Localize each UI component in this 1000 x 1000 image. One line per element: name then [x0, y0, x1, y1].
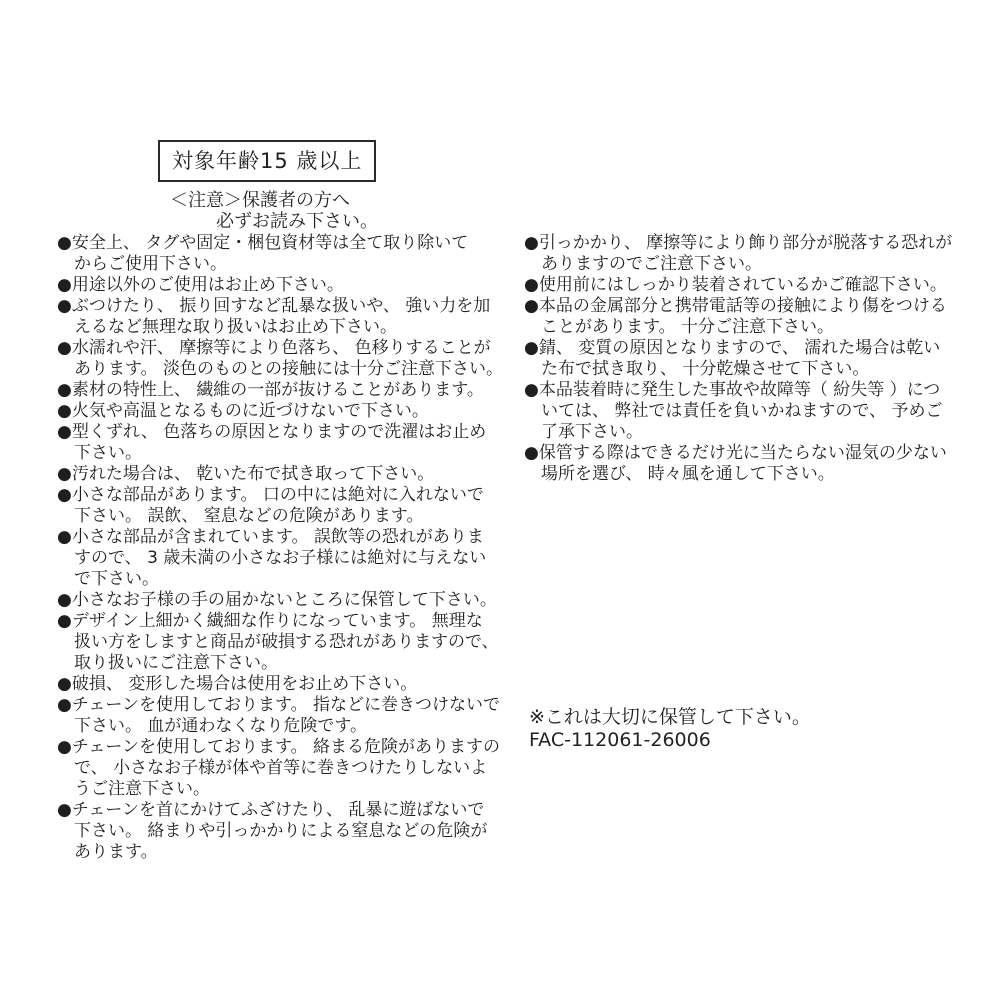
caution-item-text: 用途以外のご使用はお止め下さい。	[72, 275, 344, 295]
caution-item: ●本品の金属部分と携帯電話等の接触により傷をつける ことがあります。 十分ご注意…	[524, 296, 990, 338]
bullet-icon: ●	[57, 275, 72, 295]
bullet-icon: ●	[57, 527, 72, 547]
bullet-icon: ●	[57, 422, 72, 442]
caution-item-text: デザイン上細かく繊細な作りになっています。 無理な 扱い方をしますと商品が破損す…	[72, 611, 499, 673]
caution-item-text: 小さな部品が含まれています。 誤飲等の恐れがありま すので、 3 歳未満の小さな…	[72, 527, 486, 589]
caution-item-text: 安全上、 タグや固定・梱包資材等は全て取り除いて からご使用下さい。	[72, 233, 468, 274]
caution-item-text: 使用前にはしっかり装着されているかご確認下さい。	[539, 275, 947, 295]
caution-sheet: 対象年齢15 歳以上 ＜注意＞保護者の方へ 必ずお読み下さい。 ●安全上、 タグ…	[0, 0, 1000, 1000]
product-code: FAC-112061-26006	[529, 729, 811, 752]
bullet-icon: ●	[524, 275, 539, 295]
bullet-icon: ●	[57, 695, 72, 715]
bullet-icon: ●	[524, 338, 539, 358]
caution-item-text: チェーンを首にかけてふざけたり、 乱暴に遊ばないで 下さい。 絡まりや引っかかり…	[72, 800, 488, 862]
caution-item: ●引っかかり、 摩擦等により飾り部分が脱落する恐れが ありますのでご注意下さい。	[524, 233, 990, 275]
caution-item: ●ぶつけたり、 振り回すなど乱暴な扱いや、 強い力を加 えるなど無理な取り扱いは…	[57, 296, 522, 338]
bullet-icon: ●	[524, 296, 539, 316]
caution-item: ●型くずれ、 色落ちの原因となりますので洗濯はお止め 下さい。	[57, 422, 522, 464]
caution-item: ●汚れた場合は、 乾いた布で拭き取って下さい。	[57, 464, 522, 485]
caution-item: ●小さな部品が含まれています。 誤飲等の恐れがありま すので、 3 歳未満の小さ…	[57, 527, 522, 590]
bullet-icon: ●	[57, 737, 72, 757]
caution-item: ●使用前にはしっかり装着されているかご確認下さい。	[524, 275, 990, 296]
bullet-icon: ●	[524, 233, 539, 253]
bullet-icon: ●	[524, 380, 539, 400]
caution-list-right: ●引っかかり、 摩擦等により飾り部分が脱落する恐れが ありますのでご注意下さい。…	[524, 233, 990, 485]
keep-this-note: ※これは大切に保管して下さい。	[529, 706, 811, 729]
age-restriction-box: 対象年齢15 歳以上	[158, 140, 376, 182]
bullet-icon: ●	[57, 800, 72, 820]
footer-note: ※これは大切に保管して下さい。 FAC-112061-26006	[529, 706, 811, 752]
caution-item: ●チェーンを使用しております。 指などに巻きつけないで 下さい。 血が通わなくな…	[57, 695, 522, 737]
caution-list-left: ●安全上、 タグや固定・梱包資材等は全て取り除いて からご使用下さい。●用途以外…	[57, 233, 522, 863]
caution-item-text: 水濡れや汗、 摩擦等により色落ち、 色移りすることが あります。 淡色のものとの…	[72, 338, 503, 379]
caution-item: ●小さなお子様の手の届かないところに保管して下さい。	[57, 590, 522, 611]
caution-item: ●チェーンを首にかけてふざけたり、 乱暴に遊ばないで 下さい。 絡まりや引っかか…	[57, 800, 522, 863]
bullet-icon: ●	[57, 233, 72, 253]
bullet-icon: ●	[57, 464, 72, 484]
caution-item: ●水濡れや汗、 摩擦等により色落ち、 色移りすることが あります。 淡色のものと…	[57, 338, 522, 380]
caution-item-text: 火気や高温となるものに近づけないで下さい。	[72, 401, 429, 421]
caution-item: ●チェーンを使用しております。 絡まる危険がありますの で、 小さなお子様が体や…	[57, 737, 522, 800]
caution-item-text: 素材の特性上、 繊維の一部が抜けることがあります。	[72, 380, 484, 400]
caution-item: ●保管する際はできるだけ光に当たらない湿気の少ない 場所を選び、 時々風を通して…	[524, 443, 990, 485]
caution-item: ●小さな部品があります。 口の中には絶対に入れないで 下さい。 誤飲、 窒息など…	[57, 485, 522, 527]
bullet-icon: ●	[57, 380, 72, 400]
caution-item-text: 小さな部品があります。 口の中には絶対に入れないで 下さい。 誤飲、 窒息などの…	[72, 485, 484, 526]
caution-item-text: 汚れた場合は、 乾いた布で拭き取って下さい。	[72, 464, 434, 484]
bullet-icon: ●	[57, 338, 72, 358]
caution-item-text: 本品装着時に発生した事故や故障等（ 紛失等 ）につ いては、 弊社では責任を負い…	[539, 380, 943, 442]
caution-item: ●デザイン上細かく繊細な作りになっています。 無理な 扱い方をしますと商品が破損…	[57, 611, 522, 674]
caution-item-text: 本品の金属部分と携帯電話等の接触により傷をつける ことがあります。 十分ご注意下…	[539, 296, 947, 337]
caution-item-text: 破損、 変形した場合は使用をお止め下さい。	[72, 674, 417, 694]
caution-item: ●本品装着時に発生した事故や故障等（ 紛失等 ）につ いては、 弊社では責任を負…	[524, 380, 990, 443]
caution-item: ●火気や高温となるものに近づけないで下さい。	[57, 401, 522, 422]
caution-item: ●安全上、 タグや固定・梱包資材等は全て取り除いて からご使用下さい。	[57, 233, 522, 275]
bullet-icon: ●	[57, 485, 72, 505]
caution-item-text: チェーンを使用しております。 指などに巻きつけないで 下さい。 血が通わなくなり…	[72, 695, 500, 736]
bullet-icon: ●	[57, 674, 72, 694]
caution-item-text: 引っかかり、 摩擦等により飾り部分が脱落する恐れが ありますのでご注意下さい。	[539, 233, 952, 274]
caution-item-text: 保管する際はできるだけ光に当たらない湿気の少ない 場所を選び、 時々風を通して下…	[539, 443, 947, 484]
caution-item-text: 型くずれ、 色落ちの原因となりますので洗濯はお止め 下さい。	[72, 422, 486, 463]
bullet-icon: ●	[57, 611, 72, 631]
caution-item: ●錆、 変質の原因となりますので、 濡れた場合は乾い た布で拭き取り、 十分乾燥…	[524, 338, 990, 380]
bullet-icon: ●	[57, 590, 72, 610]
bullet-icon: ●	[57, 401, 72, 421]
caution-item: ●用途以外のご使用はお止め下さい。	[57, 275, 522, 296]
bullet-icon: ●	[524, 443, 539, 463]
bullet-icon: ●	[57, 296, 72, 316]
caution-item-text: 錆、 変質の原因となりますので、 濡れた場合は乾い た布で拭き取り、 十分乾燥さ…	[539, 338, 940, 379]
notice-subheading: 必ずお読み下さい。	[216, 207, 378, 233]
caution-item: ●素材の特性上、 繊維の一部が抜けることがあります。	[57, 380, 522, 401]
caution-item: ●破損、 変形した場合は使用をお止め下さい。	[57, 674, 522, 695]
caution-item-text: チェーンを使用しております。 絡まる危険がありますの で、 小さなお子様が体や首…	[72, 737, 500, 799]
caution-item-text: ぶつけたり、 振り回すなど乱暴な扱いや、 強い力を加 えるなど無理な取り扱いはお…	[72, 296, 490, 337]
caution-item-text: 小さなお子様の手の届かないところに保管して下さい。	[72, 590, 497, 610]
